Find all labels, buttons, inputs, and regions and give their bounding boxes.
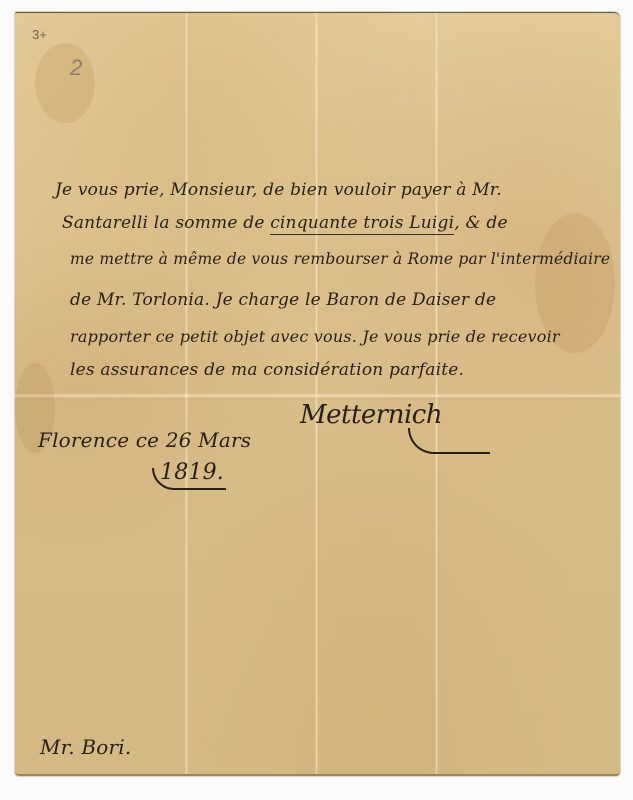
pencil-number: 2: [70, 55, 82, 81]
addressee: Mr. Bori.: [40, 735, 131, 759]
body-line-6: les assurances de ma considération parfa…: [70, 360, 464, 380]
paper-stain: [35, 43, 95, 123]
body-line-1: Je vous prie, Monsieur, de bien vouloir …: [55, 180, 502, 200]
signature: Metternich: [300, 400, 442, 430]
place-date: Florence ce 26 Mars: [38, 428, 251, 452]
body-line-2-end: , & de: [454, 213, 508, 233]
horizontal-fold: [15, 393, 620, 399]
body-line-2-start: Santarelli la somme de: [62, 213, 265, 233]
signature-flourish: [408, 428, 490, 454]
body-line-2: Santarelli la somme de cinquante trois L…: [62, 213, 508, 233]
year-flourish: [152, 468, 226, 490]
amount-underlined: cinquante trois Luigi: [270, 213, 454, 235]
body-line-5: rapporter ce petit objet avec vous. Je v…: [70, 327, 560, 346]
body-line-4: de Mr. Torlonia. Je charge le Baron de D…: [70, 290, 496, 310]
body-line-3: me mettre à même de vous rembourser à Ro…: [70, 250, 610, 268]
pencil-corner-note: 3+: [32, 27, 47, 42]
letter-paper: [15, 12, 620, 776]
